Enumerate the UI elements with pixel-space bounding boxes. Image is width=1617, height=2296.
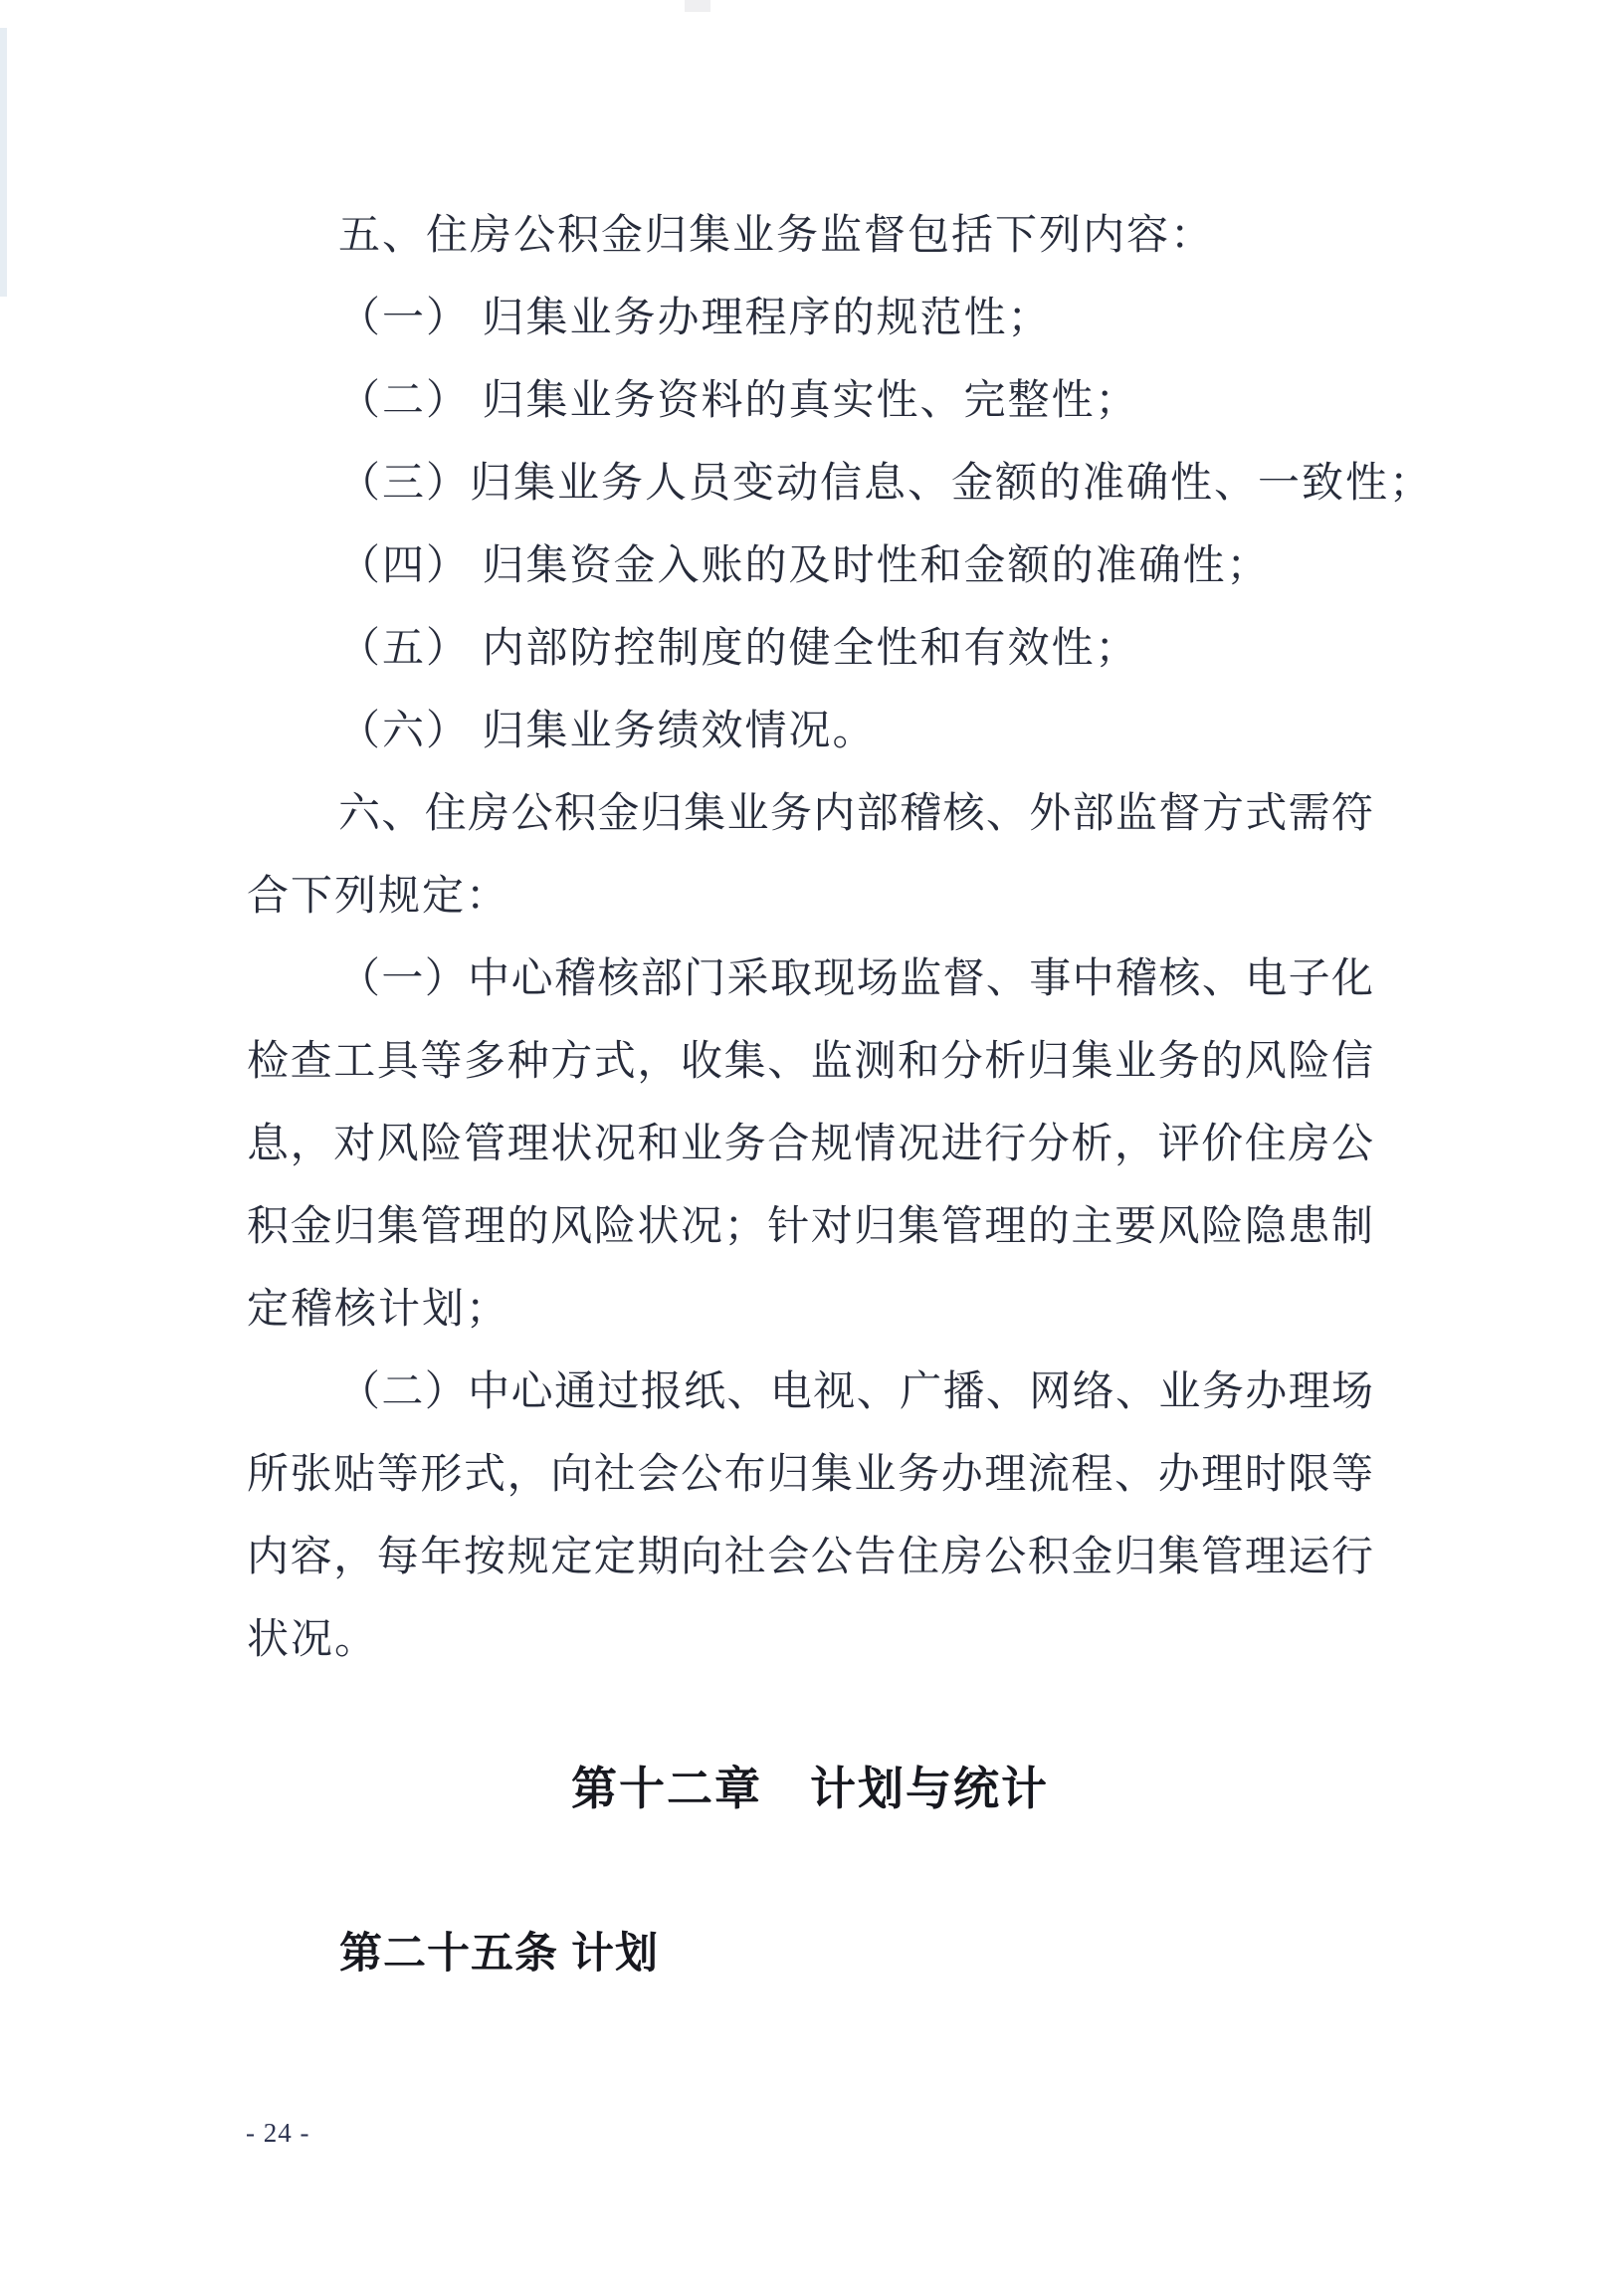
text-line: 积金归集管理的风险状况；针对归集管理的主要风险隐患制 (247, 1186, 1373, 1269)
text-line: 内容，每年按规定定期向社会公告住房公积金归集管理运行 (247, 1517, 1373, 1599)
scan-edge-artifact (0, 28, 7, 297)
page-number: - 24 - (246, 2116, 309, 2150)
text-line: （一） 归集业务办理程序的规范性； (247, 278, 1373, 360)
text-line: （二）中心通过报纸、电视、广播、网络、业务办理场 (247, 1352, 1373, 1434)
section-heading: 第二十五条 计划 (339, 1927, 659, 1981)
text-line: （一）中心稽核部门采取现场监督、事中稽核、电子化 (247, 939, 1373, 1021)
text-line: 合下列规定： (247, 856, 1373, 939)
text-line: （五） 内部防控制度的健全性和有效性； (247, 608, 1373, 691)
text-line: 定稽核计划； (247, 1269, 1373, 1352)
text-line: （三）归集业务人员变动信息、金额的准确性、一致性； (247, 443, 1373, 525)
body-text: 五、住房公积金归集业务监督包括下列内容：（一） 归集业务办理程序的规范性；（二）… (247, 195, 1373, 1682)
text-line: （六） 归集业务绩效情况。 (247, 691, 1373, 773)
text-line: 六、住房公积金归集业务内部稽核、外部监督方式需符 (247, 773, 1373, 856)
text-line: 检查工具等多种方式，收集、监测和分析归集业务的风险信 (247, 1021, 1373, 1104)
text-line: （二） 归集业务资料的真实性、完整性； (247, 360, 1373, 443)
text-line: 状况。 (247, 1599, 1373, 1682)
chapter-heading: 第十二章 计划与统计 (247, 1760, 1373, 1817)
text-line: 所张贴等形式，向社会公布归集业务办理流程、办理时限等 (247, 1434, 1373, 1517)
text-line: （四） 归集资金入账的及时性和金额的准确性； (247, 525, 1373, 608)
text-line: 息，对风险管理状况和业务合规情况进行分析，评价住房公 (247, 1104, 1373, 1186)
scan-smudge-artifact (685, 0, 710, 12)
scanned-document-page: 五、住房公积金归集业务监督包括下列内容：（一） 归集业务办理程序的规范性；（二）… (0, 0, 1617, 2296)
text-line: 五、住房公积金归集业务监督包括下列内容： (247, 195, 1373, 278)
